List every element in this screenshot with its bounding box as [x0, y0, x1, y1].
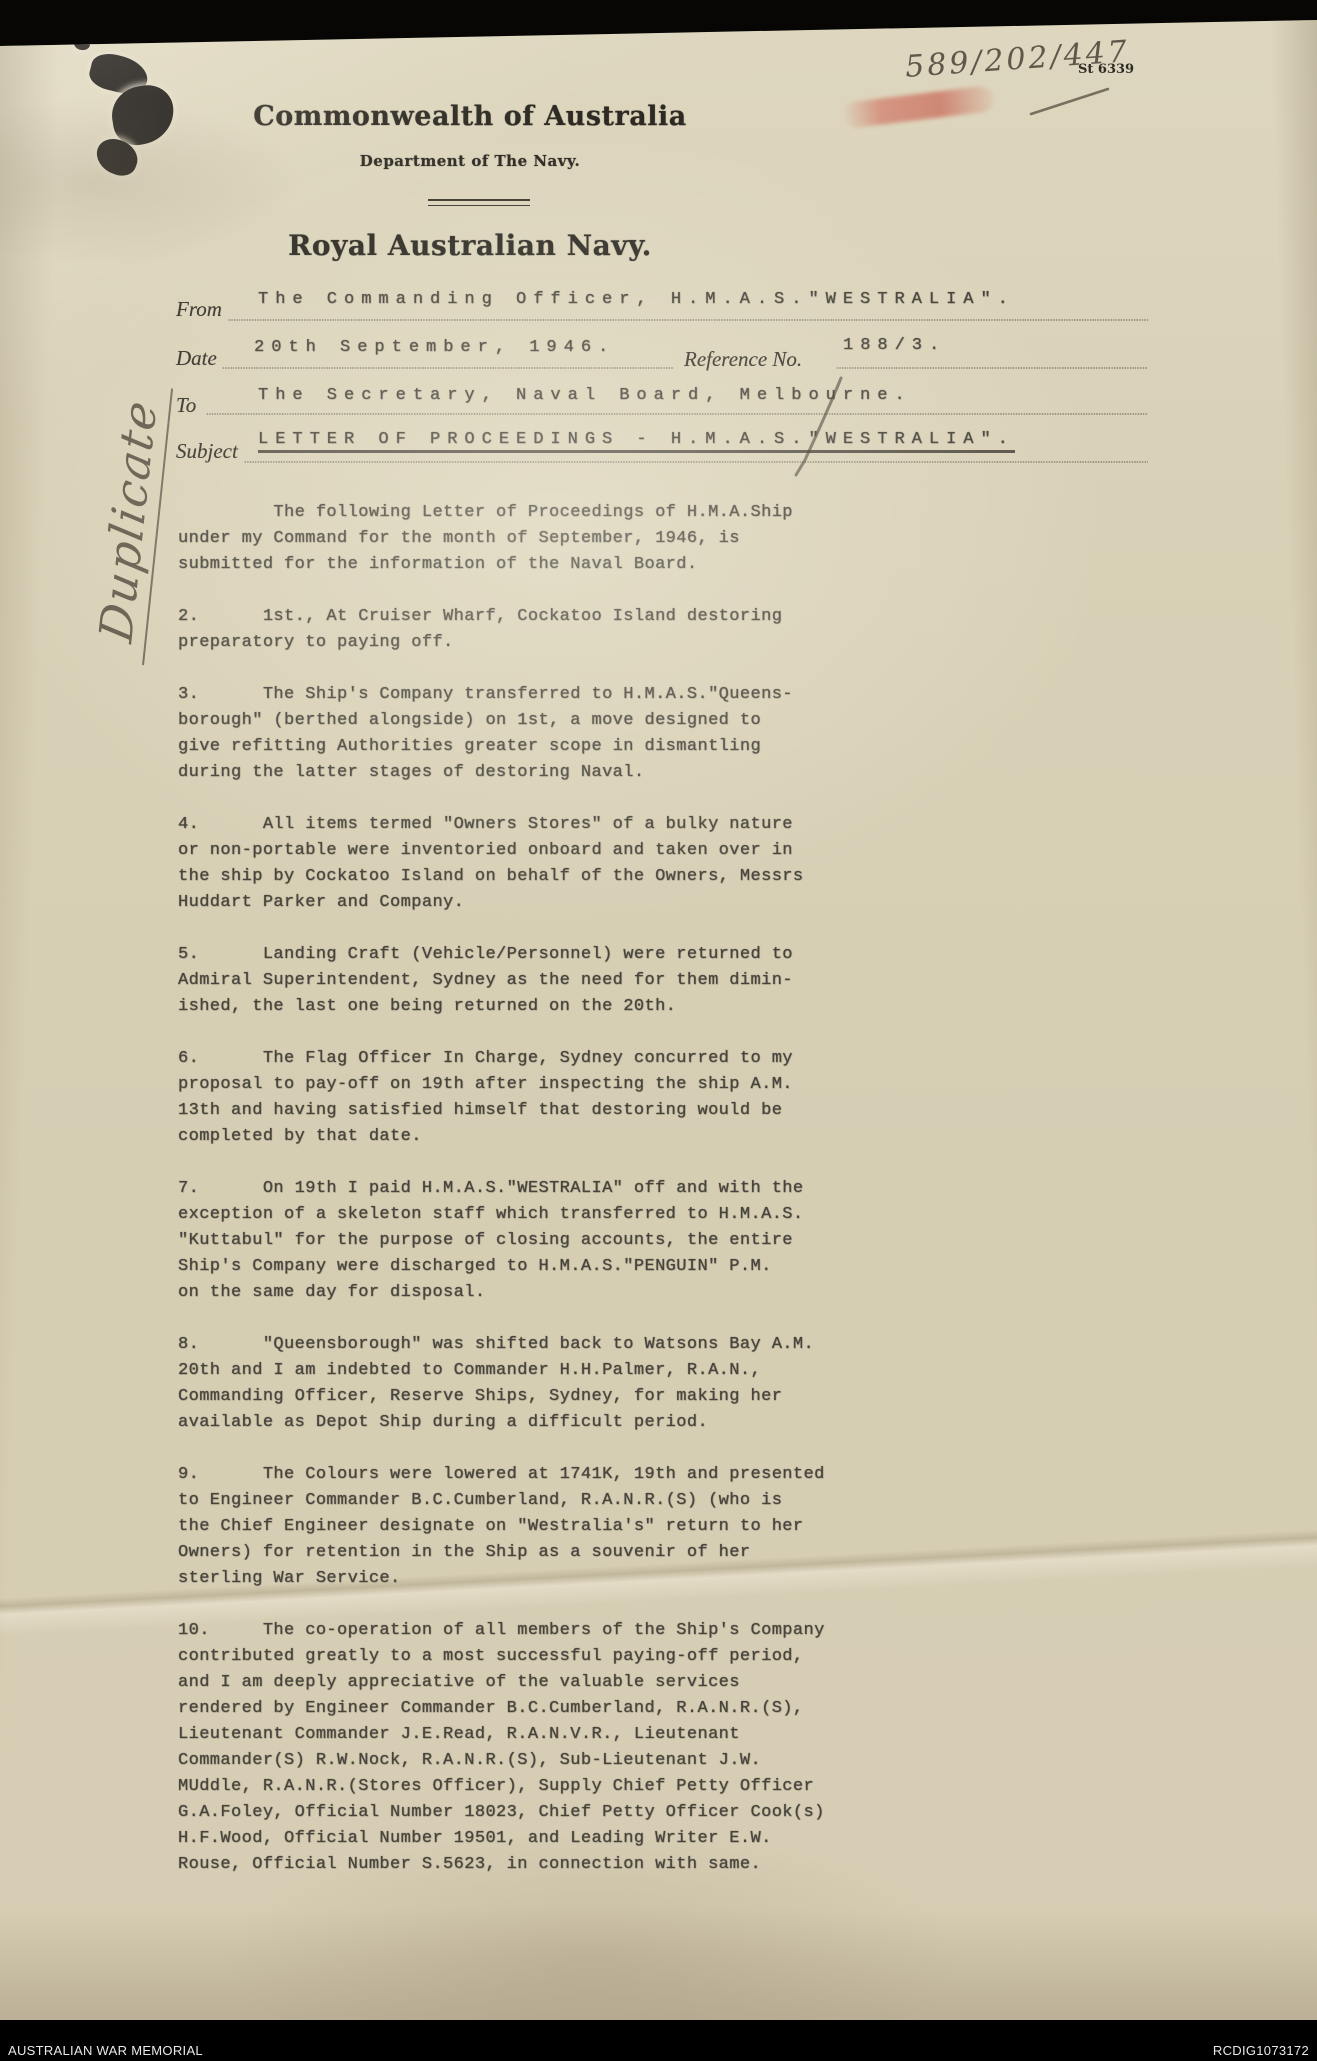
to-rule: [206, 413, 1148, 415]
tick-mark-annotation: [788, 372, 850, 484]
document-scan: 589/202/447 St 6339 Commonwealth of Aust…: [0, 0, 1317, 2061]
reference-rule: [836, 367, 1148, 369]
paragraph-8: 8. "Queensborough" was shifted back to W…: [178, 1332, 888, 1436]
stamp-number: St 6339: [1078, 62, 1134, 77]
subject-value: LETTER OF PROCEEDINGS - H.M.A.S."WESTRAL…: [258, 430, 1015, 453]
paragraph-6: 6. The Flag Officer In Charge, Sydney co…: [178, 1046, 888, 1150]
from-rule: [228, 319, 1148, 321]
paragraph-7: 7. On 19th I paid H.M.A.S."WESTRALIA" of…: [178, 1176, 888, 1306]
header-service: Royal Australian Navy.: [20, 229, 920, 262]
handwritten-file-number: 589/202/447: [904, 34, 1131, 85]
to-label: To: [176, 393, 196, 418]
paragraph-5: 5. Landing Craft (Vehicle/Personnel) wer…: [178, 942, 888, 1020]
archive-name: AUSTRALIAN WAR MEMORIAL: [8, 2043, 203, 2058]
duplicate-note-text: Duplicate: [87, 377, 173, 666]
paragraph-9: 9. The Colours were lowered at 1741K, 19…: [178, 1462, 888, 1592]
date-label: Date: [176, 346, 217, 371]
paragraph-1: The following Letter of Proceedings of H…: [178, 500, 888, 578]
duplicate-note: Duplicate: [81, 329, 178, 713]
paragraph-2: 2. 1st., At Cruiser Wharf, Cockatoo Isla…: [178, 604, 888, 656]
reference-label: Reference No.: [684, 347, 802, 372]
date-value: 20th September, 1946.: [254, 338, 615, 357]
pencil-stroke: [1028, 86, 1113, 118]
letter-body: The following Letter of Proceedings of H…: [178, 500, 888, 1904]
subject-rule: [244, 461, 1148, 463]
letter-page: 589/202/447 St 6339 Commonwealth of Aust…: [0, 0, 1317, 2020]
paragraph-3: 3. The Ship's Company transferred to H.M…: [178, 682, 888, 786]
from-label: From: [176, 297, 222, 322]
paragraph-4: 4. All items termed "Owners Stores" of a…: [178, 812, 888, 916]
from-value: The Commanding Officer, H.M.A.S."WESTRAL…: [258, 290, 1015, 309]
archive-footer-bar: AUSTRALIAN WAR MEMORIAL RCDIG1073172: [0, 2020, 1317, 2061]
header-divider: [428, 199, 530, 206]
header-department: Department of The Navy.: [20, 152, 920, 170]
reference-value: 188/3.: [843, 336, 946, 355]
date-rule: [222, 367, 674, 369]
archive-reference-id: RCDIG1073172: [1213, 2043, 1309, 2058]
subject-label: Subject: [176, 439, 238, 464]
header-organisation: Commonwealth of Australia: [20, 101, 920, 132]
paper-tear: [73, 37, 91, 52]
paragraph-10: 10. The co-operation of all members of t…: [178, 1618, 888, 1878]
